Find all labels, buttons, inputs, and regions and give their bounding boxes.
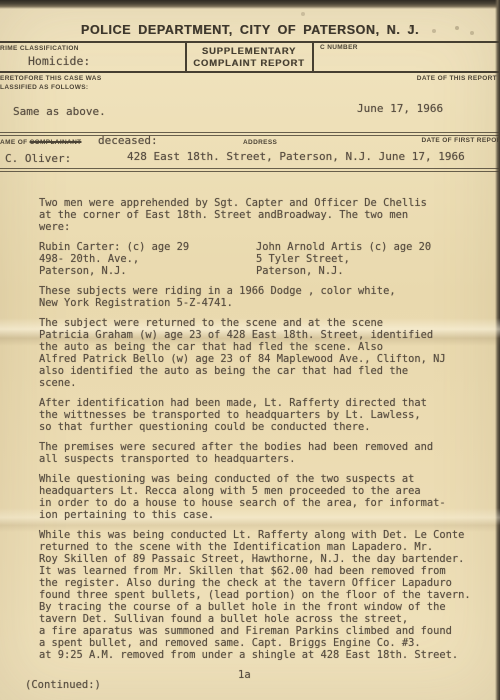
continued-note: (Continued:)	[25, 679, 101, 691]
divider	[0, 171, 500, 172]
premises-secured-paragraph: The premises were secured after the bodi…	[39, 441, 494, 465]
heretofore-label-line2: CLASSIFIED AS FOLLOWS:	[0, 84, 88, 91]
scan-top-edge	[0, 0, 500, 9]
report-type-line2: COMPLAINT REPORT	[186, 58, 312, 70]
divider	[0, 132, 500, 133]
date-of-first-report-label: DATE OF FIRST REPORT	[421, 137, 500, 144]
crime-classification-label: CRIME CLASSIFICATION	[0, 45, 79, 52]
report-type-heading: SUPPLEMENTARY COMPLAINT REPORT	[186, 46, 312, 69]
page-title: POLICE DEPARTMENT, CITY OF PATERSON, N. …	[0, 23, 500, 37]
date-of-this-report-label: DATE OF THIS REPORT	[417, 75, 497, 82]
intro-paragraph: Two men were apprehended by Sgt. Capter …	[39, 197, 494, 233]
complainant-name-value: C. Oliver:	[5, 152, 71, 165]
scan-right-edge	[495, 0, 500, 700]
suspect-entry-carter: Rubin Carter: (c) age 29 498- 20th. Ave.…	[39, 241, 256, 277]
report-body: Two men were apprehended by Sgt. Capter …	[39, 197, 494, 669]
suspect-entry-artis: John Arnold Artis (c) age 20 5 Tyler Str…	[256, 241, 431, 277]
vehicle-paragraph: These subjects were riding in a 1966 Dod…	[39, 285, 494, 309]
complainant-address-value: 428 East 18th. Street, Paterson, N.J. Ju…	[127, 150, 465, 163]
deceased-annotation: deceased:	[98, 134, 158, 147]
house-search-paragraph: While questioning was being conducted of…	[39, 473, 494, 521]
form-box-divider-right	[312, 42, 314, 71]
divider	[0, 168, 500, 169]
identification-paragraph: The subject were returned to the scene a…	[39, 317, 494, 389]
tavern-investigation-paragraph: While this was being conducted Lt. Raffe…	[39, 529, 494, 661]
crime-classification-value: Homicide:	[28, 54, 90, 68]
date-of-this-report-value: June 17, 1966	[357, 102, 443, 115]
header-rule-bottom	[0, 71, 500, 73]
page-number: 1a	[238, 669, 251, 681]
scan-speckles	[0, 0, 2, 2]
complainant-name-label: NAME OF COMPLAINANT	[0, 139, 81, 146]
c-number-label: C NUMBER	[320, 44, 358, 51]
suspects-list: Rubin Carter: (c) age 29 498- 20th. Ave.…	[39, 241, 494, 277]
header-rule-top	[0, 41, 500, 43]
address-label: ADDRESS	[243, 139, 277, 146]
witness-transport-paragraph: After identification had been made, Lt. …	[39, 397, 494, 433]
heretofore-label-line1: HERETOFORE THIS CASE WAS	[0, 75, 102, 82]
divider	[0, 135, 500, 136]
report-type-line1: SUPPLEMENTARY	[186, 46, 312, 58]
heretofore-value: Same as above.	[13, 105, 106, 118]
name-label-prefix: NAME OF	[0, 139, 27, 146]
name-label-struck: COMPLAINANT	[30, 139, 82, 146]
document-page: POLICE DEPARTMENT, CITY OF PATERSON, N. …	[0, 0, 500, 700]
